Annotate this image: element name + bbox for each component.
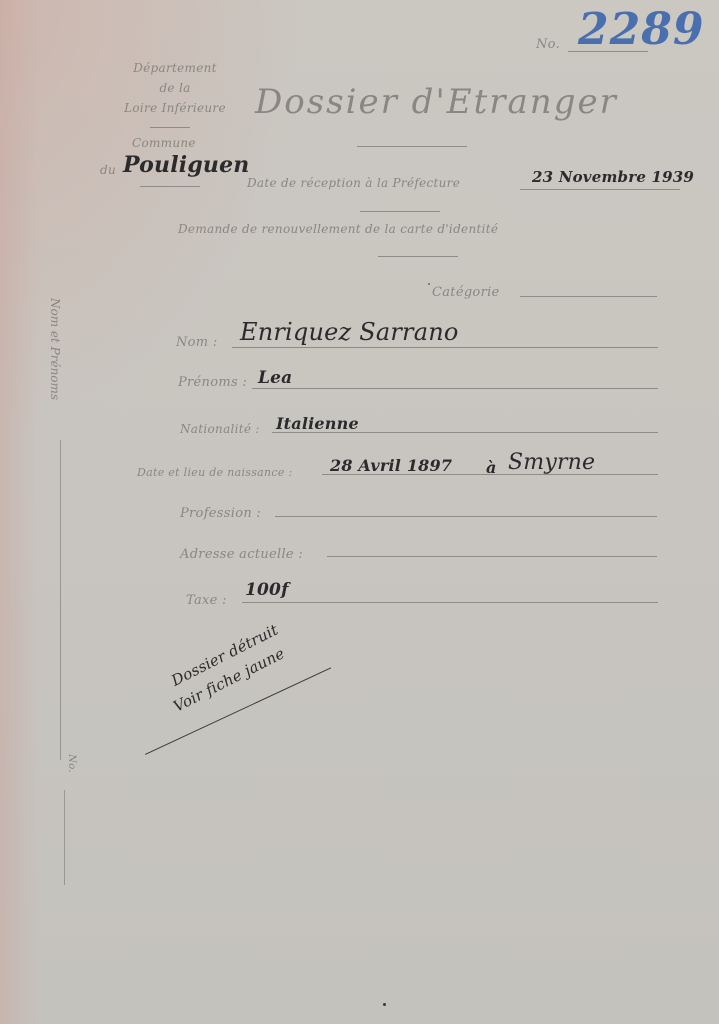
department-block: Département de la Loire Inférieure bbox=[110, 58, 240, 118]
ink-speck bbox=[383, 1003, 386, 1006]
commune-prefix: du bbox=[100, 163, 116, 177]
naissance-separator: à bbox=[486, 458, 497, 477]
categorie-label: Catégorie bbox=[432, 285, 500, 300]
dossier-number: 2289 bbox=[578, 4, 704, 55]
prenoms-line[interactable] bbox=[252, 388, 658, 389]
department-underline bbox=[150, 127, 190, 128]
nom-label: Nom : bbox=[176, 335, 218, 350]
margin-vertical-rule-bottom bbox=[64, 790, 65, 885]
adresse-line[interactable] bbox=[327, 556, 657, 557]
margin-vertical-label: Nom et Prénoms bbox=[48, 298, 62, 400]
reception-date-value: 23 Novembre 1939 bbox=[532, 168, 694, 186]
commune-value: Pouliguen bbox=[123, 152, 250, 178]
number-label: No. bbox=[536, 37, 560, 52]
prenoms-value: Lea bbox=[258, 368, 292, 388]
commune-underline bbox=[140, 186, 200, 187]
commune-label: Commune bbox=[132, 136, 196, 150]
document-page: Département de la Loire Inférieure Commu… bbox=[0, 0, 719, 1024]
margin-vertical-rule-top bbox=[60, 440, 61, 760]
reception-label: Date de réception à la Préfecture bbox=[247, 176, 460, 190]
department-line-1: Département bbox=[110, 58, 240, 78]
nationalite-label: Nationalité : bbox=[180, 422, 260, 436]
naissance-place-value: Smyrne bbox=[508, 450, 595, 475]
profession-line[interactable] bbox=[275, 516, 657, 517]
margin-number-label: No. bbox=[66, 754, 77, 773]
document-title: Dossier d'Etranger bbox=[255, 82, 618, 122]
naissance-label: Date et lieu de naissance : bbox=[137, 466, 292, 479]
department-line-3: Loire Inférieure bbox=[110, 98, 240, 118]
nationalite-value: Italienne bbox=[276, 414, 359, 433]
reception-rule bbox=[520, 189, 680, 190]
adresse-label: Adresse actuelle : bbox=[180, 547, 303, 562]
profession-label: Profession : bbox=[180, 506, 261, 521]
reception-divider bbox=[360, 211, 440, 212]
prenoms-label: Prénoms : bbox=[178, 375, 247, 390]
request-divider bbox=[378, 256, 458, 257]
nom-line[interactable] bbox=[232, 347, 658, 348]
request-type: Demande de renouvellement de la carte d'… bbox=[178, 222, 498, 236]
naissance-date-value: 28 Avril 1897 bbox=[330, 456, 452, 475]
ink-speck bbox=[428, 283, 430, 285]
department-line-2: de la bbox=[110, 78, 240, 98]
nom-value: Enriquez Sarrano bbox=[240, 318, 459, 346]
title-underline bbox=[357, 146, 467, 147]
number-underline bbox=[568, 51, 648, 52]
categorie-line[interactable] bbox=[520, 296, 657, 297]
annotation-block: Dossier détruit Voir fiche jaune bbox=[140, 540, 376, 718]
